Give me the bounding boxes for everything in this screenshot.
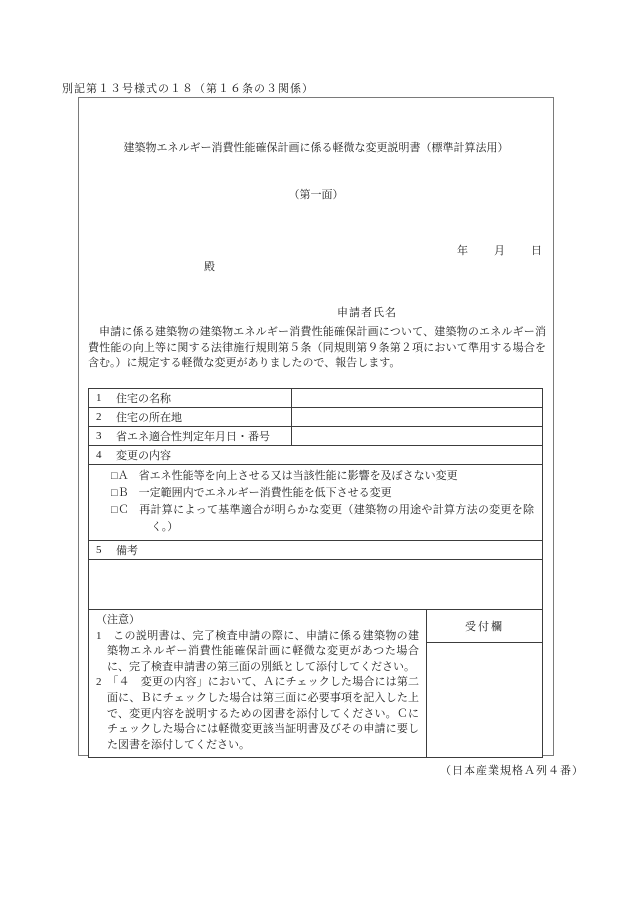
addressee-suffix: 殿 [204,258,215,274]
change-content-header: 4変更の内容 [89,446,542,465]
option-c-text: 再計算によって基準適合が明らかな変更（建築物の用途や計算方法の変更を除く。） [139,504,534,533]
house-location-field[interactable] [292,408,542,426]
house-name-field[interactable] [292,389,542,407]
paper-size-note: （日本産業規格Ａ列４番） [440,762,584,778]
option-b: □Ｂ一定範囲内でエネルギー消費性能を低下させる変更 [89,485,534,502]
option-b-text: 一定範囲内でエネルギー消費性能を低下させる変更 [139,487,392,499]
date-line: 年月日 [457,242,546,258]
remarks-header: 5備考 [89,541,542,560]
applicant-name-label: 申請者氏名 [337,304,397,320]
main-table: 1住宅の名称 2住宅の所在地 3省エネ適合性判定年月日・番号 4変更の内容 □Ａ… [88,388,543,758]
checkbox-b-icon[interactable]: □ [111,487,118,499]
row5-label: 備考 [116,542,138,558]
form-sheet: 別記第１３号様式の１８（第１６条の３関係） 建築物エネルギー消費性能確保計画に係… [0,0,630,903]
notes-and-reception-row: （注意） 1 この説明書は、完了検査申請の際に、申請に係る建築物の建築物エネルギ… [89,610,542,757]
judgement-date-field[interactable] [292,427,542,445]
row2-number: 2 [89,411,116,423]
date-day-label: 日 [531,245,546,257]
change-options: □Ａ省エネ性能等を向上させる又は当該性能に影響を及ぼさない変更 □Ｂ一定範囲内で… [89,465,542,541]
table-row-house-name: 1住宅の名称 [89,389,542,408]
table-row-house-location: 2住宅の所在地 [89,408,542,427]
table-row-judgement-date: 3省エネ適合性判定年月日・番号 [89,427,542,446]
reception-stamp-area[interactable] [427,643,542,757]
reception-label: 受付欄 [427,610,542,643]
reception-cell: 受付欄 [427,610,542,757]
form-number: 別記第１３号様式の１８（第１６条の３関係） [62,80,314,96]
row3-number: 3 [89,430,116,442]
form-outer-box: 建築物エネルギー消費性能確保計画に係る軽微な変更説明書（標準計算法用） （第一面… [78,97,554,756]
row3-label: 省エネ適合性判定年月日・番号 [116,428,270,444]
row5-number: 5 [89,544,116,556]
checkbox-a-icon[interactable]: □ [111,470,118,482]
option-a-key: Ａ [118,470,129,482]
intro-paragraph: 申請に係る建築物の建築物エネルギー消費性能確保計画について、建築物のエネルギー消… [88,325,546,372]
remarks-field[interactable] [89,560,542,610]
notes-title: （注意） [96,613,419,629]
option-a: □Ａ省エネ性能等を向上させる又は当該性能に影響を及ぼさない変更 [89,468,534,485]
row1-label: 住宅の名称 [116,390,171,406]
row1-number: 1 [89,392,116,404]
page-face-label: （第一面） [79,186,553,202]
row4-number: 4 [89,449,116,461]
notes-cell: （注意） 1 この説明書は、完了検査申請の際に、申請に係る建築物の建築物エネルギ… [89,610,427,757]
row2-label: 住宅の所在地 [116,409,182,425]
row4-label: 変更の内容 [116,447,171,463]
date-month-label: 月 [494,245,509,257]
row3-label-cell: 3省エネ適合性判定年月日・番号 [89,427,292,445]
option-c: □Ｃ再計算によって基準適合が明らかな変更（建築物の用途や計算方法の変更を除く。） [89,502,534,536]
option-c-key: Ｃ [118,504,129,516]
note-item-1: 1 この説明書は、完了検査申請の際に、申請に係る建築物の建築物エネルギー消費性能… [96,629,419,676]
row1-label-cell: 1住宅の名称 [89,389,292,407]
date-year-label: 年 [457,245,472,257]
option-a-text: 省エネ性能等を向上させる又は当該性能に影響を及ぼさない変更 [139,470,458,482]
note-item-2: 2 「４ 変更の内容」において、Ａにチェックした場合には第二面に、Ｂにチェックし… [96,675,419,753]
form-title: 建築物エネルギー消費性能確保計画に係る軽微な変更説明書（標準計算法用） [79,139,553,155]
checkbox-c-icon[interactable]: □ [111,504,118,516]
option-b-key: Ｂ [118,487,129,499]
row2-label-cell: 2住宅の所在地 [89,408,292,426]
